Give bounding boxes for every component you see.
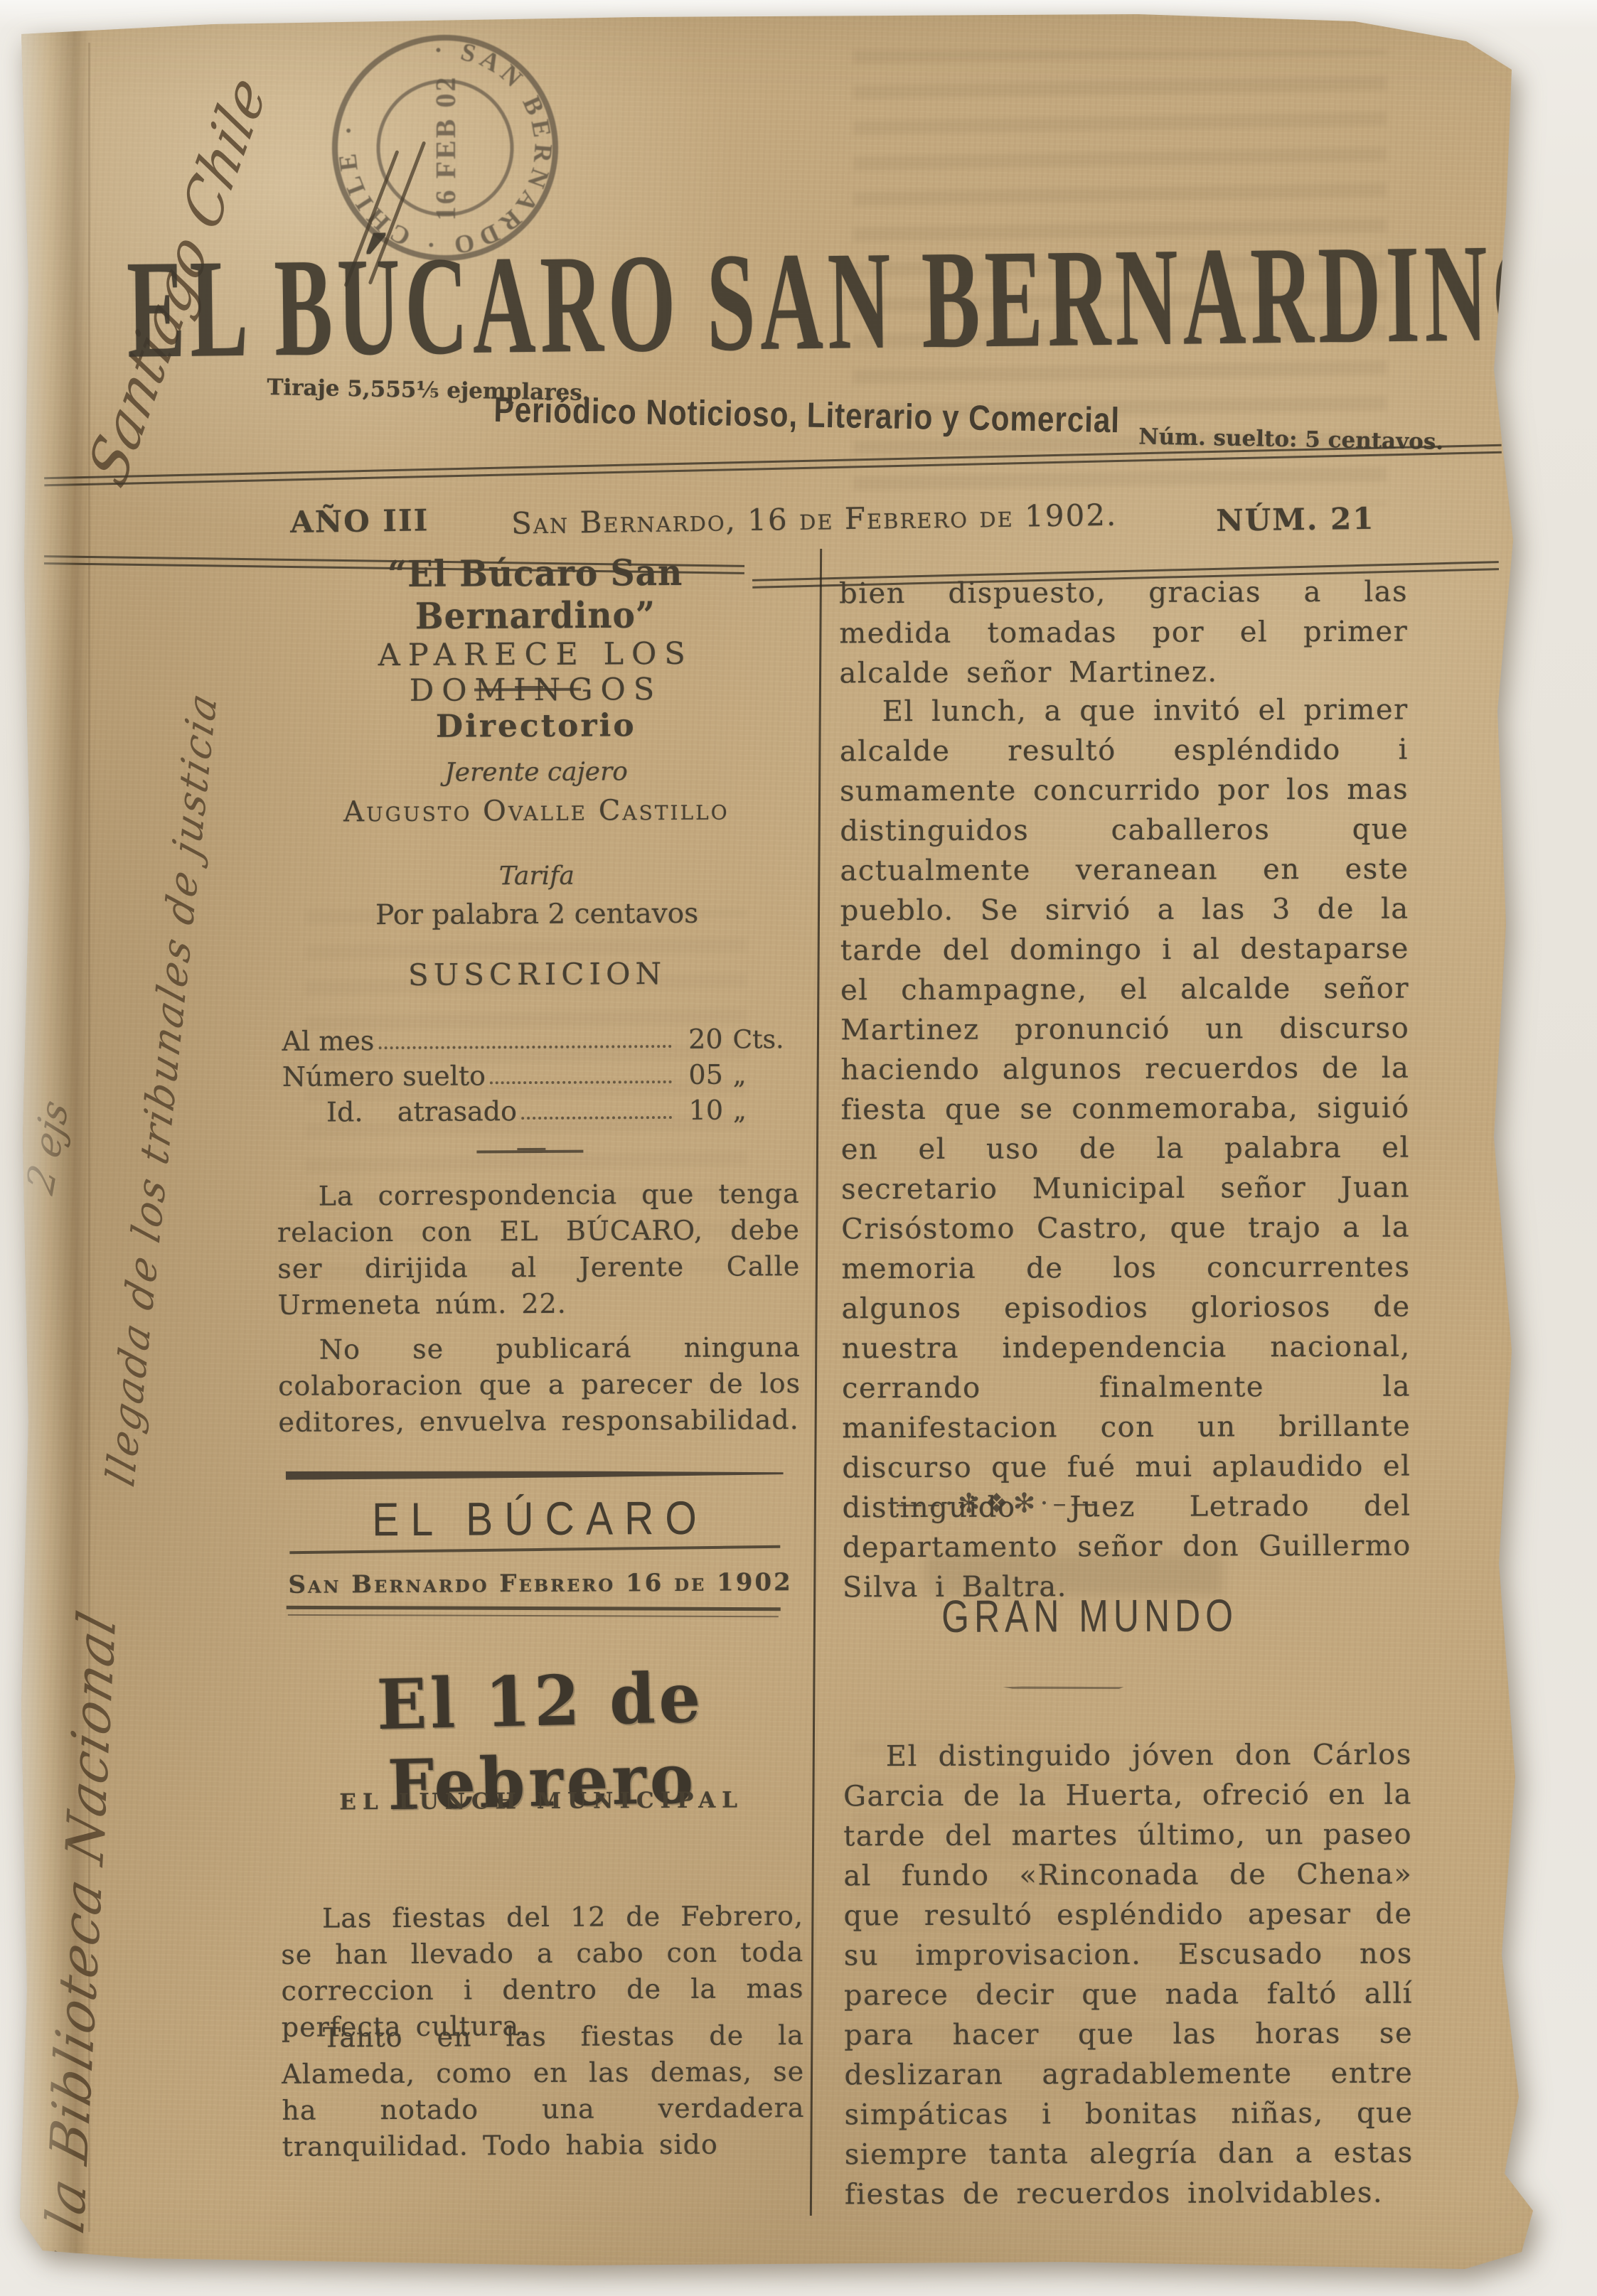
horizontal-rule [287,1606,781,1611]
section-title: EL BÚCARO [292,1491,789,1547]
masthead-title: EL BÚCARO SAN BERNARDINO [126,210,1565,391]
scratchy-rule [1003,1686,1123,1690]
subscription-price-table: Al mes 20 Cts. Número suelto 05 „ Id. at… [282,1019,789,1128]
dateline-number: NÚM. 21 [1216,501,1375,538]
tarifa-rate: Por palabra 2 centavos [276,897,798,932]
article-paragraph: bien dispuesto, gracias a las medida tom… [839,572,1409,694]
manager-role: Jerente cajero [275,756,798,788]
page-curl-highlight [20,28,91,2253]
article-paragraph: El lunch, a que invitó el primer alcalde… [840,690,1411,1608]
price-unit: Cts. [722,1025,788,1054]
directorio-heading: Directorio [274,707,797,746]
article-paragraph: Tanto en las fiestas de la Alameda, como… [282,2017,805,2165]
price-label: Al mes [282,1025,374,1057]
masthead-subtitle: Periódico Noticioso, Literario y Comerci… [493,388,1120,441]
handwriting-margin-note: llegada de los tribunales de justicia [98,686,226,1492]
dateline-row: AÑO III San Bernardo, 16 de Febrero de 1… [0,0,1597,11]
column-divider [810,549,822,2216]
section-dateline: San Bernardo Febrero 16 de 1902 [279,1568,801,1599]
dateline-year: AÑO III [290,503,429,540]
manager-name: Augusto Ovalle Castillo [275,793,798,829]
correspondence-notice: La correspondencia que tenga relacion co… [277,1176,801,1324]
editorial-disclaimer: No se publicará ninguna colaboracion que… [278,1329,801,1441]
newspaper-scan: · SAN BERNARDO · CHILE · 16 FEB 02 Santi… [0,0,1597,2296]
price-value: 10 [679,1095,723,1126]
publication-days: APARECE LOS DOMINGOS [274,635,798,709]
paper-sheet: · SAN BERNARDO · CHILE · 16 FEB 02 Santi… [0,0,1597,2296]
dotted-leader [378,1045,671,1049]
dotted-leader [490,1080,672,1084]
article-paragraph: El distinguido jóven don Cárlos Garcia d… [843,1735,1414,2215]
section-ornament: —–·✻❖✻·–— [864,1487,1134,1519]
horizontal-rule [44,444,1502,487]
price-value: 05 [679,1059,723,1090]
stamp-date-text: 16 FEB 02 [429,75,461,221]
small-divider [474,688,580,692]
price-label: Id. atrasado [282,1095,517,1128]
price-label: Número suelto [282,1060,486,1092]
tarifa-heading: Tarifa [275,860,798,892]
paper-name-quote: “El Búcaro San Bernardino” [274,552,797,639]
price-value: 20 [678,1024,722,1055]
price-row: Al mes 20 Cts. [282,1019,788,1057]
thick-rule [286,1469,784,1480]
price-row: Id. atrasado 10 „ [282,1090,789,1128]
masthead-subrow: Tiraje 5,555⅕ ejemplares. Periódico Noti… [0,0,1597,14]
left-column: “El Búcaro San Bernardino” APARECE LOS D… [274,553,796,556]
small-divider [476,1150,583,1154]
price-unit: „ [723,1096,789,1125]
page-crease [88,43,90,2232]
paper-background: · SAN BERNARDO · CHILE · 16 FEB 02 Santi… [0,0,1597,2296]
section-heading-gran-mundo: GRAN MUNDO [941,1589,1163,1643]
dotted-leader [521,1116,672,1120]
dateline-date: San Bernardo, 16 de Febrero de 1902. [511,498,1118,541]
article-subhead: EL LUNCH MUNICIPAL [280,1787,803,1815]
price-unit: „ [723,1061,789,1090]
horizontal-rule [288,1614,779,1617]
price-row: Número suelto 05 „ [282,1054,789,1093]
subscription-heading: SUSCRICION [276,955,798,993]
